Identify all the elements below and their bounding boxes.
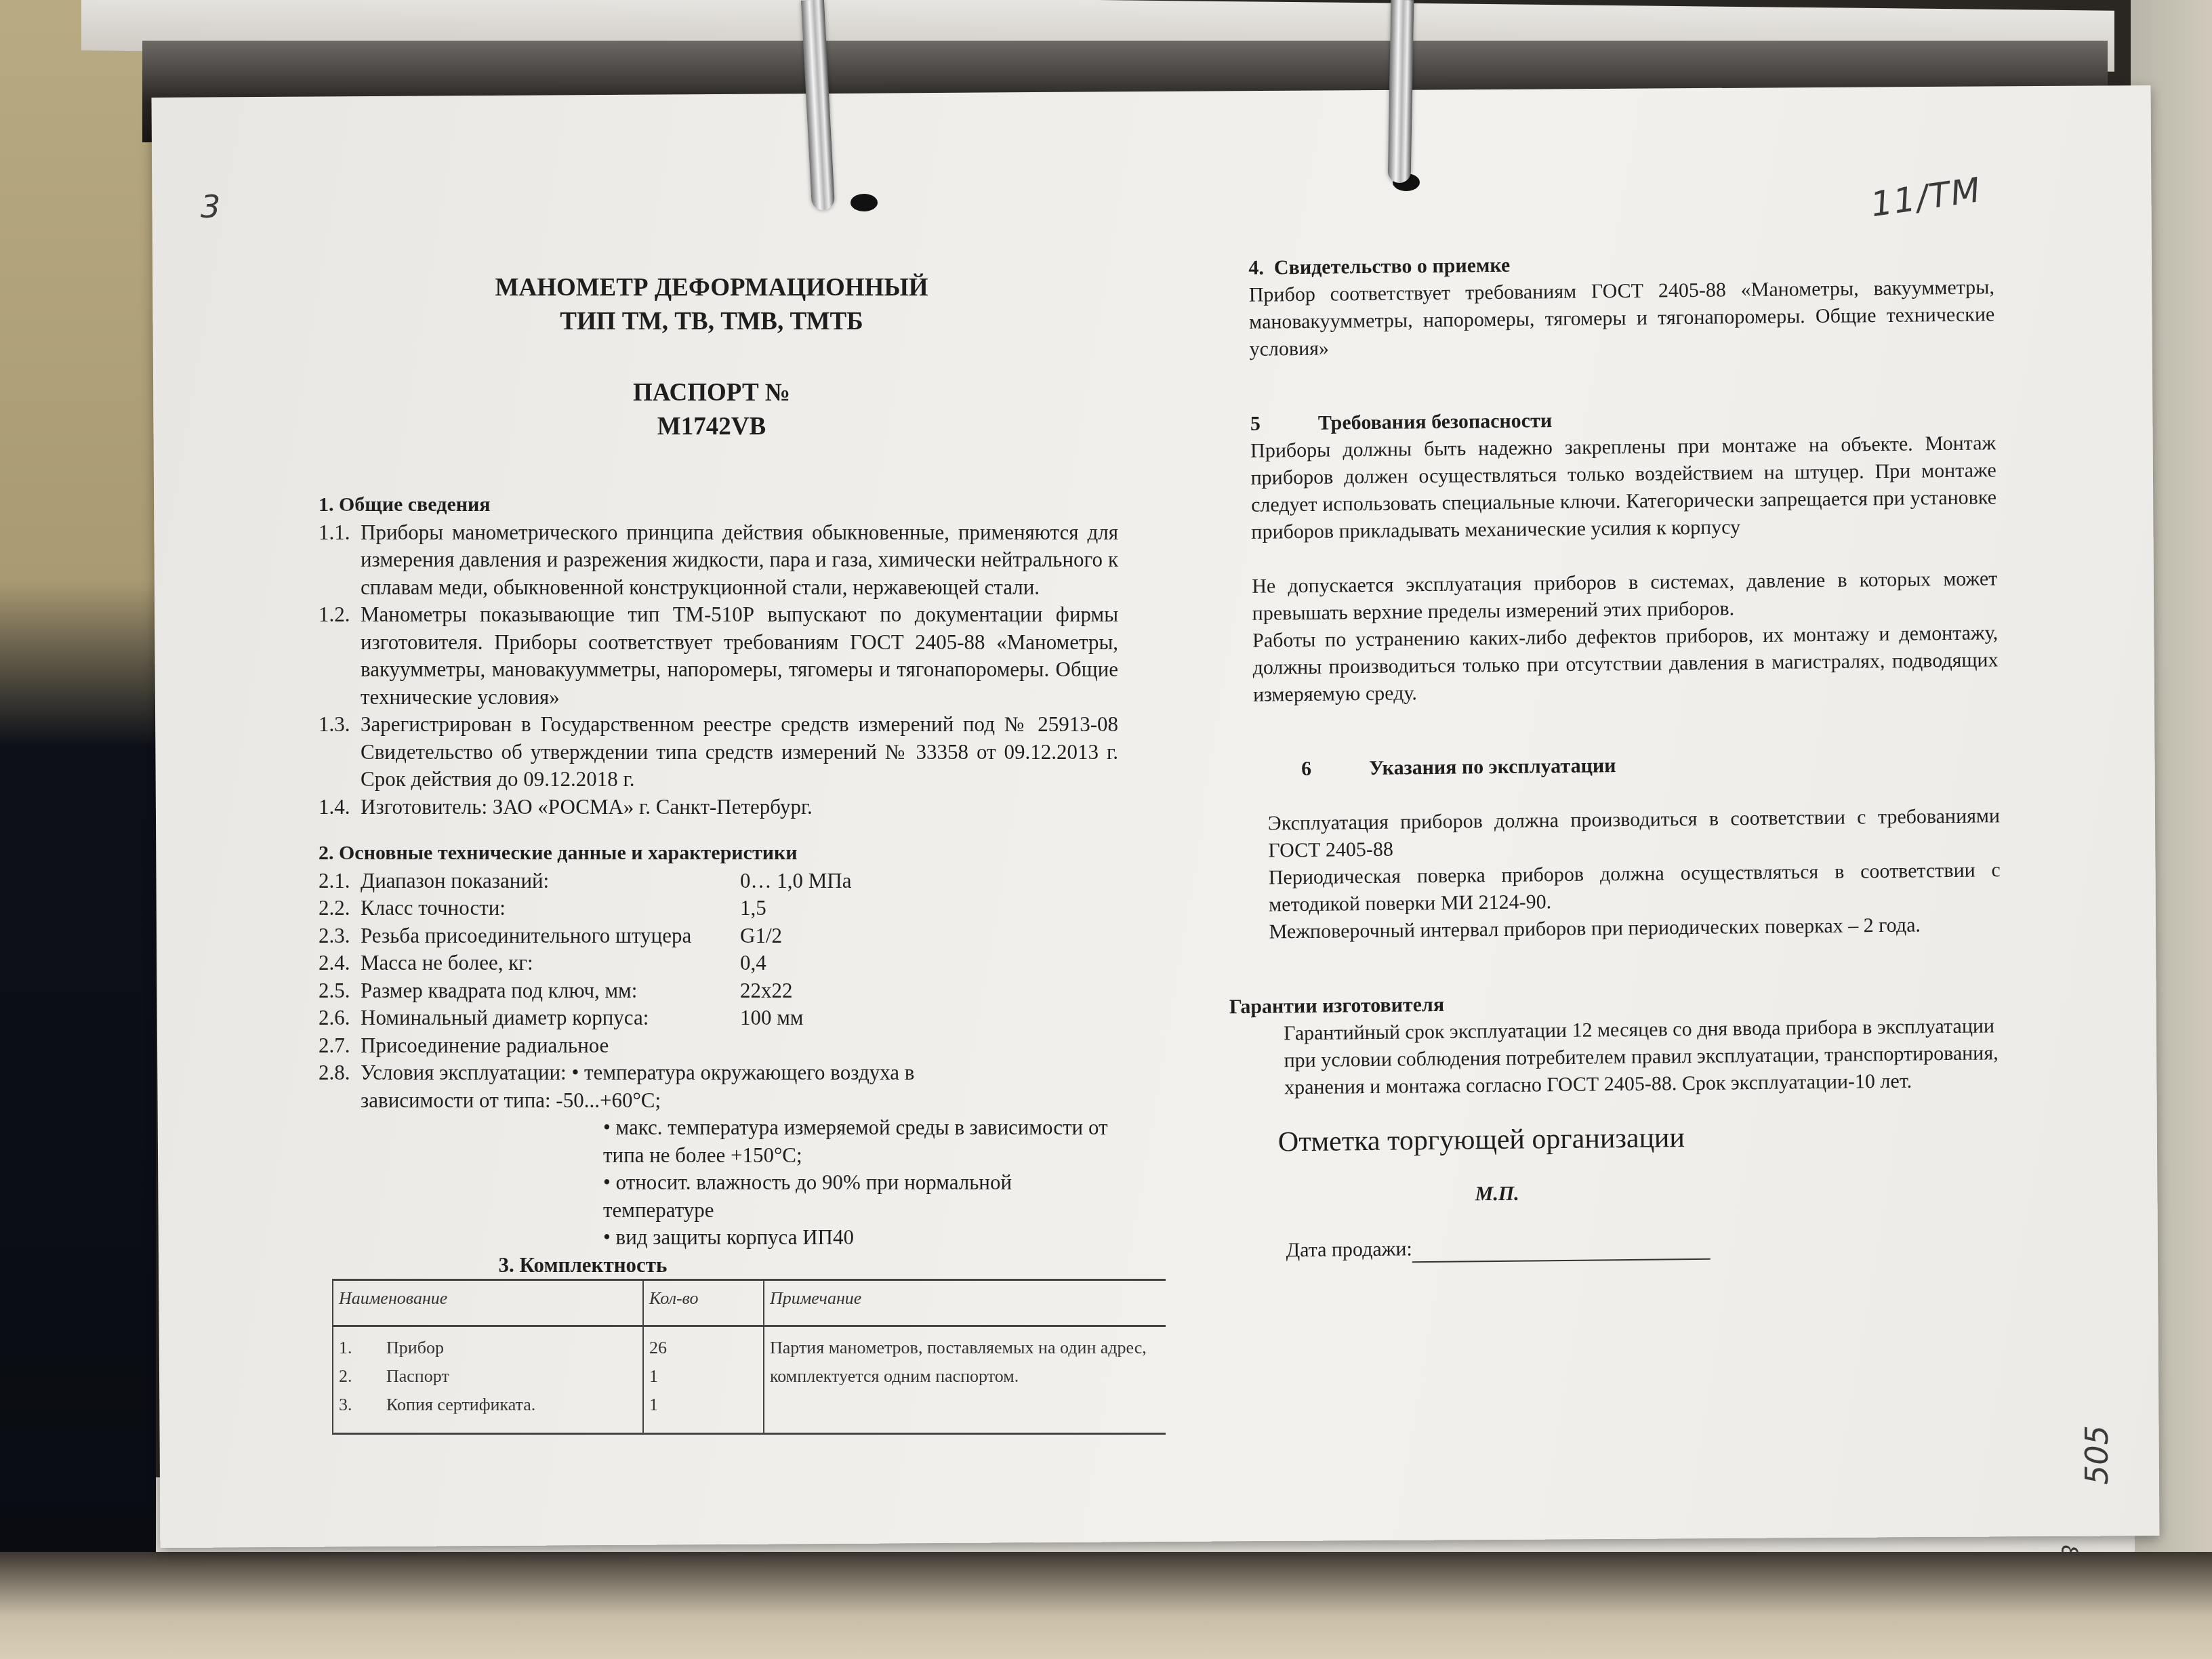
passport-number: M1742VB <box>339 410 1084 444</box>
handwritten-sheet-number: 505 <box>2078 1425 2115 1485</box>
spec-row: 2.2.Класс точности:1,5 <box>319 895 1118 922</box>
title-line-1: МАНОМЕТР ДЕФОРМАЦИОННЫЙ <box>339 271 1084 305</box>
background-bottom <box>0 1552 2212 1659</box>
stamp-place: М.П. <box>1475 1175 2004 1208</box>
section-5-paragraph-3: Работы по устранению каких-либо дефектов… <box>1252 619 1999 709</box>
section-3-heading: 3. Комплектность <box>373 1252 793 1279</box>
spec-row: 2.1.Диапазон показаний:0… 1,0 МПа <box>319 867 1118 895</box>
conditions-label: Условия эксплуатации: • температура окру… <box>361 1059 914 1087</box>
note-cell: Партия манометров, поставляемых на один … <box>764 1326 1166 1426</box>
completeness-qty: 26 <box>649 1334 758 1362</box>
conditions-bullets: • макс. температура измеряемой среды в з… <box>603 1114 1118 1252</box>
spec-row: 2.6.Номинальный диаметр корпуса:100 мм <box>319 1004 1118 1032</box>
spec-row: 2.4.Масса не более, кг:0,4 <box>319 949 1118 977</box>
background-desk-left <box>0 0 156 1659</box>
item-qty-cell: 2611 <box>643 1326 764 1426</box>
spec-row: 2.7.Присоединение радиальное <box>319 1032 1118 1060</box>
title-line-2: ТИП ТМ, ТВ, ТМВ, ТМТБ <box>339 305 1084 339</box>
completeness-item: 1.Прибор <box>339 1334 637 1362</box>
document-title: МАНОМЕТР ДЕФОРМАЦИОННЫЙ ТИП ТМ, ТВ, ТМВ,… <box>339 271 1084 444</box>
general-info-item: 1.4.Изготовитель: ЗАО «РОСМА» г. Санкт-П… <box>319 794 1118 821</box>
spec-row: 2.3.Резьба присоединительного штуцераG1/… <box>319 922 1118 950</box>
guarantee-text: Гарантийный срок эксплуатации 12 месяцев… <box>1284 1012 2003 1101</box>
binder-ring-right <box>1388 0 1414 183</box>
table-row: 1.Прибор2.Паспорт3.Копия сертификата. 26… <box>333 1326 1166 1426</box>
general-info-item: 1.1.Приборы манометрического принципа де… <box>319 519 1118 602</box>
completeness-qty: 1 <box>649 1391 758 1419</box>
item-names-cell: 1.Прибор2.Паспорт3.Копия сертификата. <box>333 1326 643 1426</box>
column-header-qty: Кол-во <box>643 1280 764 1326</box>
column-header-note: Примечание <box>764 1280 1166 1326</box>
sale-date-field[interactable] <box>1412 1238 1711 1263</box>
right-column: 4. Свидетельство о приемке Прибор соотве… <box>1248 247 2005 1264</box>
section-5-paragraph-1: Приборы должны быть надежно закреплены п… <box>1250 430 1997 546</box>
section-2-heading: 2. Основные технические данные и характе… <box>319 840 1118 867</box>
trade-organization-mark: Отметка торгующей организации <box>1278 1121 2003 1155</box>
completeness-item: 3.Копия сертификата. <box>339 1391 637 1419</box>
punch-hole-left <box>851 194 878 211</box>
section-6-paragraph-1: Эксплуатация приборов должна производить… <box>1268 802 2001 864</box>
completeness-item: 2.Паспорт <box>339 1362 637 1391</box>
section-4-text: Прибор соответствует требованиям ГОСТ 24… <box>1249 274 1995 363</box>
passport-label: ПАСПОРТ № <box>339 376 1084 410</box>
section-1-heading: 1. Общие сведения <box>319 491 1118 519</box>
handwritten-page-number: 3 <box>201 188 220 225</box>
condition-bullet: • относит. влажность до 90% при нормальн… <box>603 1169 1118 1224</box>
general-info-item: 1.2.Манометры показывающие тип ТМ-510Р в… <box>319 601 1118 711</box>
completeness-table: Наименование Кол-во Примечание 1.Прибор2… <box>332 1279 1166 1435</box>
section-6-paragraph-2: Периодическая поверка приборов должна ос… <box>1269 857 2001 918</box>
spec-row: 2.5.Размер квадрата под ключ, мм:22х22 <box>319 977 1118 1005</box>
section-5-paragraph-2: Не допускается эксплуатация приборов в с… <box>1252 565 1998 628</box>
completeness-qty: 1 <box>649 1362 758 1391</box>
condition-bullet: • вид защиты корпуса ИП40 <box>603 1224 1118 1252</box>
section-1-items: 1.1.Приборы манометрического принципа де… <box>319 519 1118 821</box>
column-header-name: Наименование <box>333 1280 643 1326</box>
left-column: МАНОМЕТР ДЕФОРМАЦИОННЫЙ ТИП ТМ, ТВ, ТМВ,… <box>319 271 1118 1435</box>
section-2-specs: 2.1.Диапазон показаний:0… 1,0 МПа2.2.Кла… <box>319 867 1118 1060</box>
condition-bullet: • макс. температура измеряемой среды в з… <box>603 1114 1118 1169</box>
sale-date-label: Дата продажи: <box>1286 1237 1412 1261</box>
spec-row-conditions: 2.8. Условия эксплуатации: • температура… <box>319 1059 1118 1087</box>
general-info-item: 1.3.Зарегистрирован в Государственном ре… <box>319 711 1118 794</box>
conditions-continued: зависимости от типа: -50...+60°С; <box>361 1087 1118 1115</box>
